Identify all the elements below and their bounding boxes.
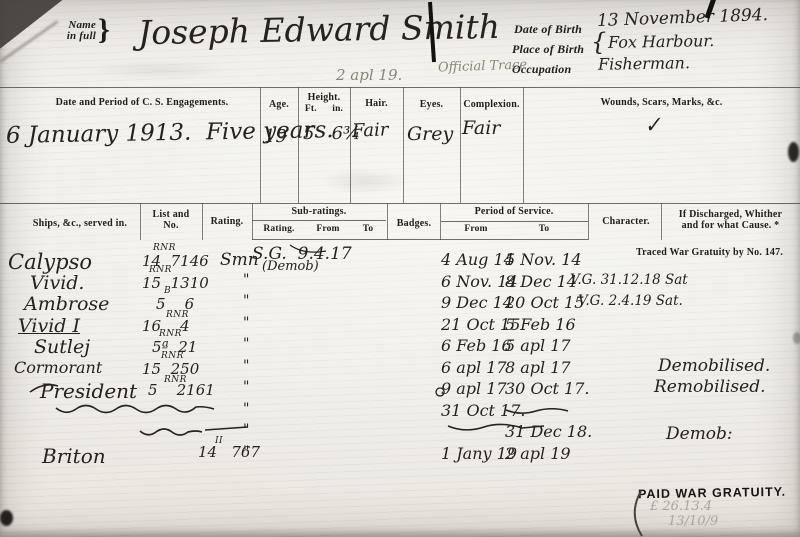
rating-value: " [243,422,249,438]
paid-amount-note: £ 26.13.4 [650,499,712,514]
complexion-value: Fair [462,117,500,139]
wounds-checkmark: ✓ [642,112,663,138]
col-badges: Badges. [388,218,440,229]
col-age: Age. [260,99,298,110]
period-underline [441,221,588,222]
col-height-units: Ft. in. [298,104,350,114]
period-to-value: 20 Oct 15 [505,293,584,312]
list-number: 15 1310 [142,274,209,292]
period-to-value: 31 Dec 18. [505,422,592,441]
col-complexion: Complexion. [460,99,523,110]
ink-speck [0,510,13,526]
rating-value: " [243,379,249,395]
rating-value: " [243,358,249,374]
table-row: Calypso RNR 14 7146 Smn S.G. 9.4.17 (Dem… [0,250,800,272]
period-from-value: 9 apl 17 [441,379,507,398]
period-from-value: 6 apl 17 [441,358,507,377]
ship-name: Cormorant [14,358,102,377]
rating-value: " [243,336,249,352]
col-height: Height. [298,92,350,103]
table-row: Briton II 14 767 " 1 Jany 19 2 apl 19 [0,444,800,466]
pob-brace: { [591,28,606,56]
name-label-line2: in full [62,31,96,42]
table-row: Vivid I RNR 16 4 " 21 Oct 15 5 Feb 16 [0,315,800,337]
period-to-value: 5 apl 17 [505,336,571,355]
period-to-value: 30 Oct 17. [505,379,589,398]
table-row: Vivid. RNR 15 1310 " 6 Nov. 14 8 Dec 14 … [0,272,800,294]
dob-value: 13 November 1894. [597,5,769,31]
period-from-value: 6 Feb 16 [441,336,512,355]
smudge [90,60,230,80]
discharged-value: Demob: [666,424,733,444]
ship-name: Calypso [8,250,92,274]
col-period: Period of Service. [440,206,588,217]
col-sub-to: To [350,224,386,234]
table2-divider [588,203,589,240]
col-sub-from: From [306,224,350,234]
service-record-card: Name in full } Joseph Edward Smith Date … [0,0,800,537]
table1-top-rule [0,87,800,88]
table2-top-rule [0,203,800,204]
smudge [320,168,410,194]
col-sub-rating: Rating. [252,224,306,234]
table-row: Sutlej RNR 5ª 21 " 6 Feb 16 5 apl 17 [0,336,800,358]
discharged-value: Remobilised. [654,377,765,397]
dob-label: Date of Birth [514,22,582,37]
name-label: Name in full [62,20,96,42]
col-rating: Rating. [202,216,252,227]
col-discharged-line2: and for what Cause. * [661,220,800,231]
pob-label: Place of Birth [512,42,584,57]
eyes-value: Grey [407,123,453,145]
ship-name: Vivid. [30,272,84,294]
rating-value: " [243,293,249,309]
period-to-value: 8 apl 17 [505,358,571,377]
col-eyes: Eyes. [403,99,460,110]
period-to-value: 8 Dec 14 [505,272,577,291]
col-list-line1: List and [140,209,202,220]
col-hair: Hair. [350,98,403,109]
rating-value: " [243,272,249,288]
period-from-value: 4 Aug 14 [441,250,514,269]
character-value: V.G. 2.4.19 Sat. [578,293,683,309]
age-value: 19 [264,126,287,147]
name-value: Joseph Edward Smith [138,7,501,52]
table-row: President RNR 5 2161 " 9 apl 17 30 Oct 1… [0,379,800,401]
table-row: " 31 Oct 17. [0,401,800,423]
period-from-value: 31 Oct 17. [441,401,525,420]
table-row: Ambrose B 5 6 " 9 Dec 14 20 Oct 15 V.G. … [0,293,800,315]
col-engagements: Date and Period of C. S. Engagements. [30,97,254,108]
character-value: V.G. 31.12.18 Sat [570,272,688,288]
table-row: Cormorant RNR 15 250 " 6 apl 17 8 apl 17… [0,358,800,380]
hair-value: Fair [352,119,389,141]
ship-name: President [40,379,137,403]
col-ships: Ships, &c., served in. [0,218,160,229]
pencil-official-trace-note: Official Trace [438,57,528,75]
ship-name: Briton [42,444,106,468]
col-period-to: To [511,224,577,234]
col-discharged-line1: If Discharged, Whither [661,209,800,220]
col-period-from: From [441,224,511,234]
pencil-date-note: 2 apl 19. [336,66,402,84]
period-from-value: 9 Dec 14 [441,293,513,312]
list-number: 14 767 [198,443,260,461]
ship-name: Ambrose [24,293,109,315]
ship-name: Sutlej [34,336,90,358]
name-brace: } [98,13,110,47]
ink-speck [793,332,800,344]
col-wounds: Wounds, Scars, Marks, &c. [523,97,800,108]
ship-name: Vivid I [18,315,80,337]
col-character: Character. [590,216,662,227]
rating-value: " [243,444,249,460]
table-row: " 31 Dec 18. Demob: [0,422,800,444]
subratings-underline [252,220,386,221]
pob-value: Fox Harbour. [608,31,715,52]
list-number: 5 2161 [148,381,215,399]
col-subratings: Sub-ratings. [252,206,386,217]
rating-value: " [243,315,249,331]
period-to-value: 5 Nov. 14 [505,250,582,269]
period-to-value: 5 Feb 16 [505,315,576,334]
discharged-value: Demobilised. [658,356,770,376]
table2-header-bottom-rule [252,239,588,240]
occupation-value: Fisherman. [598,53,690,74]
period-to-value: 2 apl 19 [505,444,571,463]
paid-date-note: 13/10/9 [668,514,718,529]
col-list-line2: No. [140,220,202,231]
rating-value: " [243,401,249,417]
ink-speck [788,142,799,162]
service-rows: Calypso RNR 14 7146 Smn S.G. 9.4.17 (Dem… [0,250,800,465]
